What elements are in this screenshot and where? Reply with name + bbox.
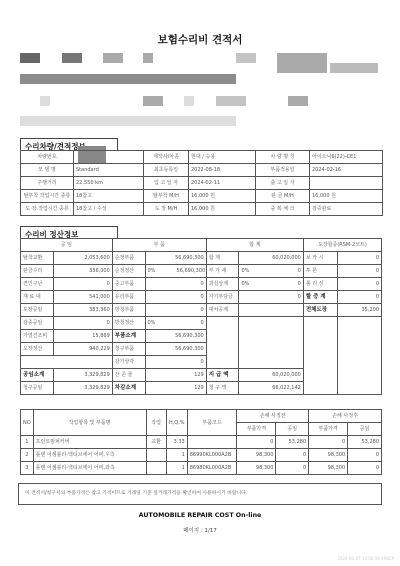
vehicle-info-table: 차량번호 제작사/차종 현대 / 승용 차 량 명 칭 아이오닉6(22)-CE… <box>20 150 383 216</box>
cost-settlement-table: 공 임 부 품 합 계 도장합증(RSM-2코트) 탈착교환2,053,600 … <box>20 238 382 395</box>
table-row: 모 델 명 Standard 최초등록일 2022-08-18 부품적용일 20… <box>21 164 383 177</box>
table-row: 1 프런트범퍼커버 교환 3.33 0 53,280 0 53,280 <box>21 436 382 449</box>
page-indicator: 페이지 : 1/17 <box>0 526 400 534</box>
table-row: 탈착교환2,053,600 순정부품56,690,300 합 계60,020,0… <box>21 252 382 265</box>
system-name: AUTOMOBILE REPAIR COST On-line <box>0 512 400 519</box>
table-row: 차량번호 제작사/차종 현대 / 승용 차 량 명 칭 아이오닉6(22)-CE… <box>21 151 383 164</box>
print-timestamp: 2024-03-07 14:08:19 KPBCP <box>337 556 394 561</box>
table-row: 견인구난0 중고부품0 과실상계0%0 톨 리 싱0 <box>21 278 382 291</box>
table-header-row: NO 작업항목 및 부품명 작업 H,Q,% 부품코드 손해 사정전 손해 사정… <box>21 410 382 423</box>
table-row: 탈부착 작업시간 종류 18참고 탈부착 M/H 16,000 원 판 금 M/… <box>21 190 383 203</box>
repair-items-table: NO 작업항목 및 부품명 작업 H,Q,% 부품코드 손해 사정전 손해 사정… <box>20 409 382 475</box>
table-row: 3 플랜 어셈블리-액티브에어 어퍼,좌측 1 86980KL000A2B 98… <box>21 462 382 475</box>
table-header-row: 공 임 부 품 합 계 도장합증(RSM-2코트) <box>21 239 382 252</box>
table-row: 2 플랜 어셈블리-액티브에어 어퍼,우측 1 86990KL000A2B 98… <box>21 449 382 462</box>
table-row: 주행거리 22,550 km 입 고 일 자 2024-02-11 출 고 일 … <box>21 177 383 190</box>
table-row: 재 료 대541,000 유리부품0 자기부담금0 할 증 계0 <box>21 291 382 304</box>
table-row: 도 장 작업시간 종류 18참고 / 수성 도 장 M/H 16,000 원 중… <box>21 203 383 216</box>
price-notice: 이 견적서/청구서의 부품가격은 참고 가격이므로 거래일 기준 실거래가격을 … <box>18 483 382 505</box>
cost-section-title: 수리비 정산정보 <box>20 226 118 238</box>
table-row: 광종공임0 방청정산0%0 <box>21 317 382 330</box>
table-row: 판금수리336,000 순정정산0%56,690,300 부 가 세0%0 투 … <box>21 265 382 278</box>
document-title: 보험수리비 견적서 <box>0 32 400 47</box>
table-row: 도장공임383,360 방청부품0 대차공제 전체도장35,200 <box>21 304 382 317</box>
